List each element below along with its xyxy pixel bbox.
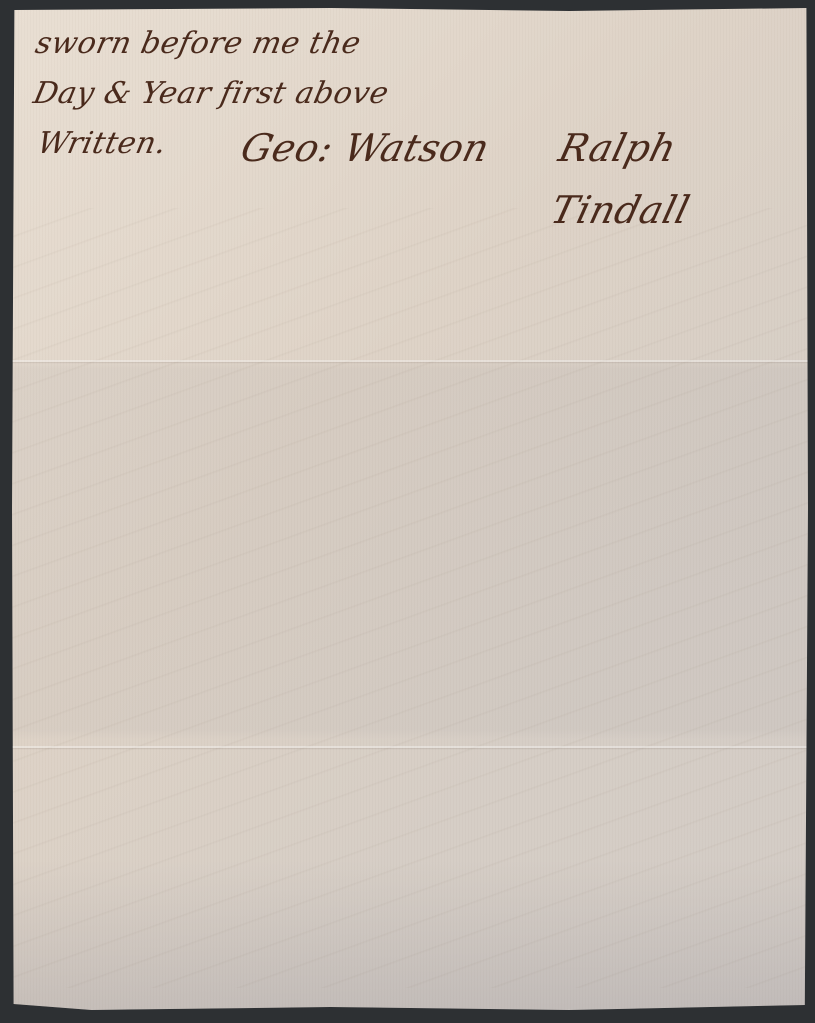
jurat-line-2: Day & Year first above [30,76,392,111]
manuscript-page: sworn before me the Day & Year first abo… [12,8,808,1010]
fold-line [12,360,808,362]
signature-geo-watson: Geo: Watson [237,126,495,170]
jurat-line-3: Written. [34,126,170,161]
signature-tindall: Tindall [547,188,695,232]
jurat-line-1: sworn before me the [32,26,364,61]
signature-ralph: Ralph [555,126,682,170]
fold-line [12,746,808,748]
bleed-through-text [12,208,808,988]
